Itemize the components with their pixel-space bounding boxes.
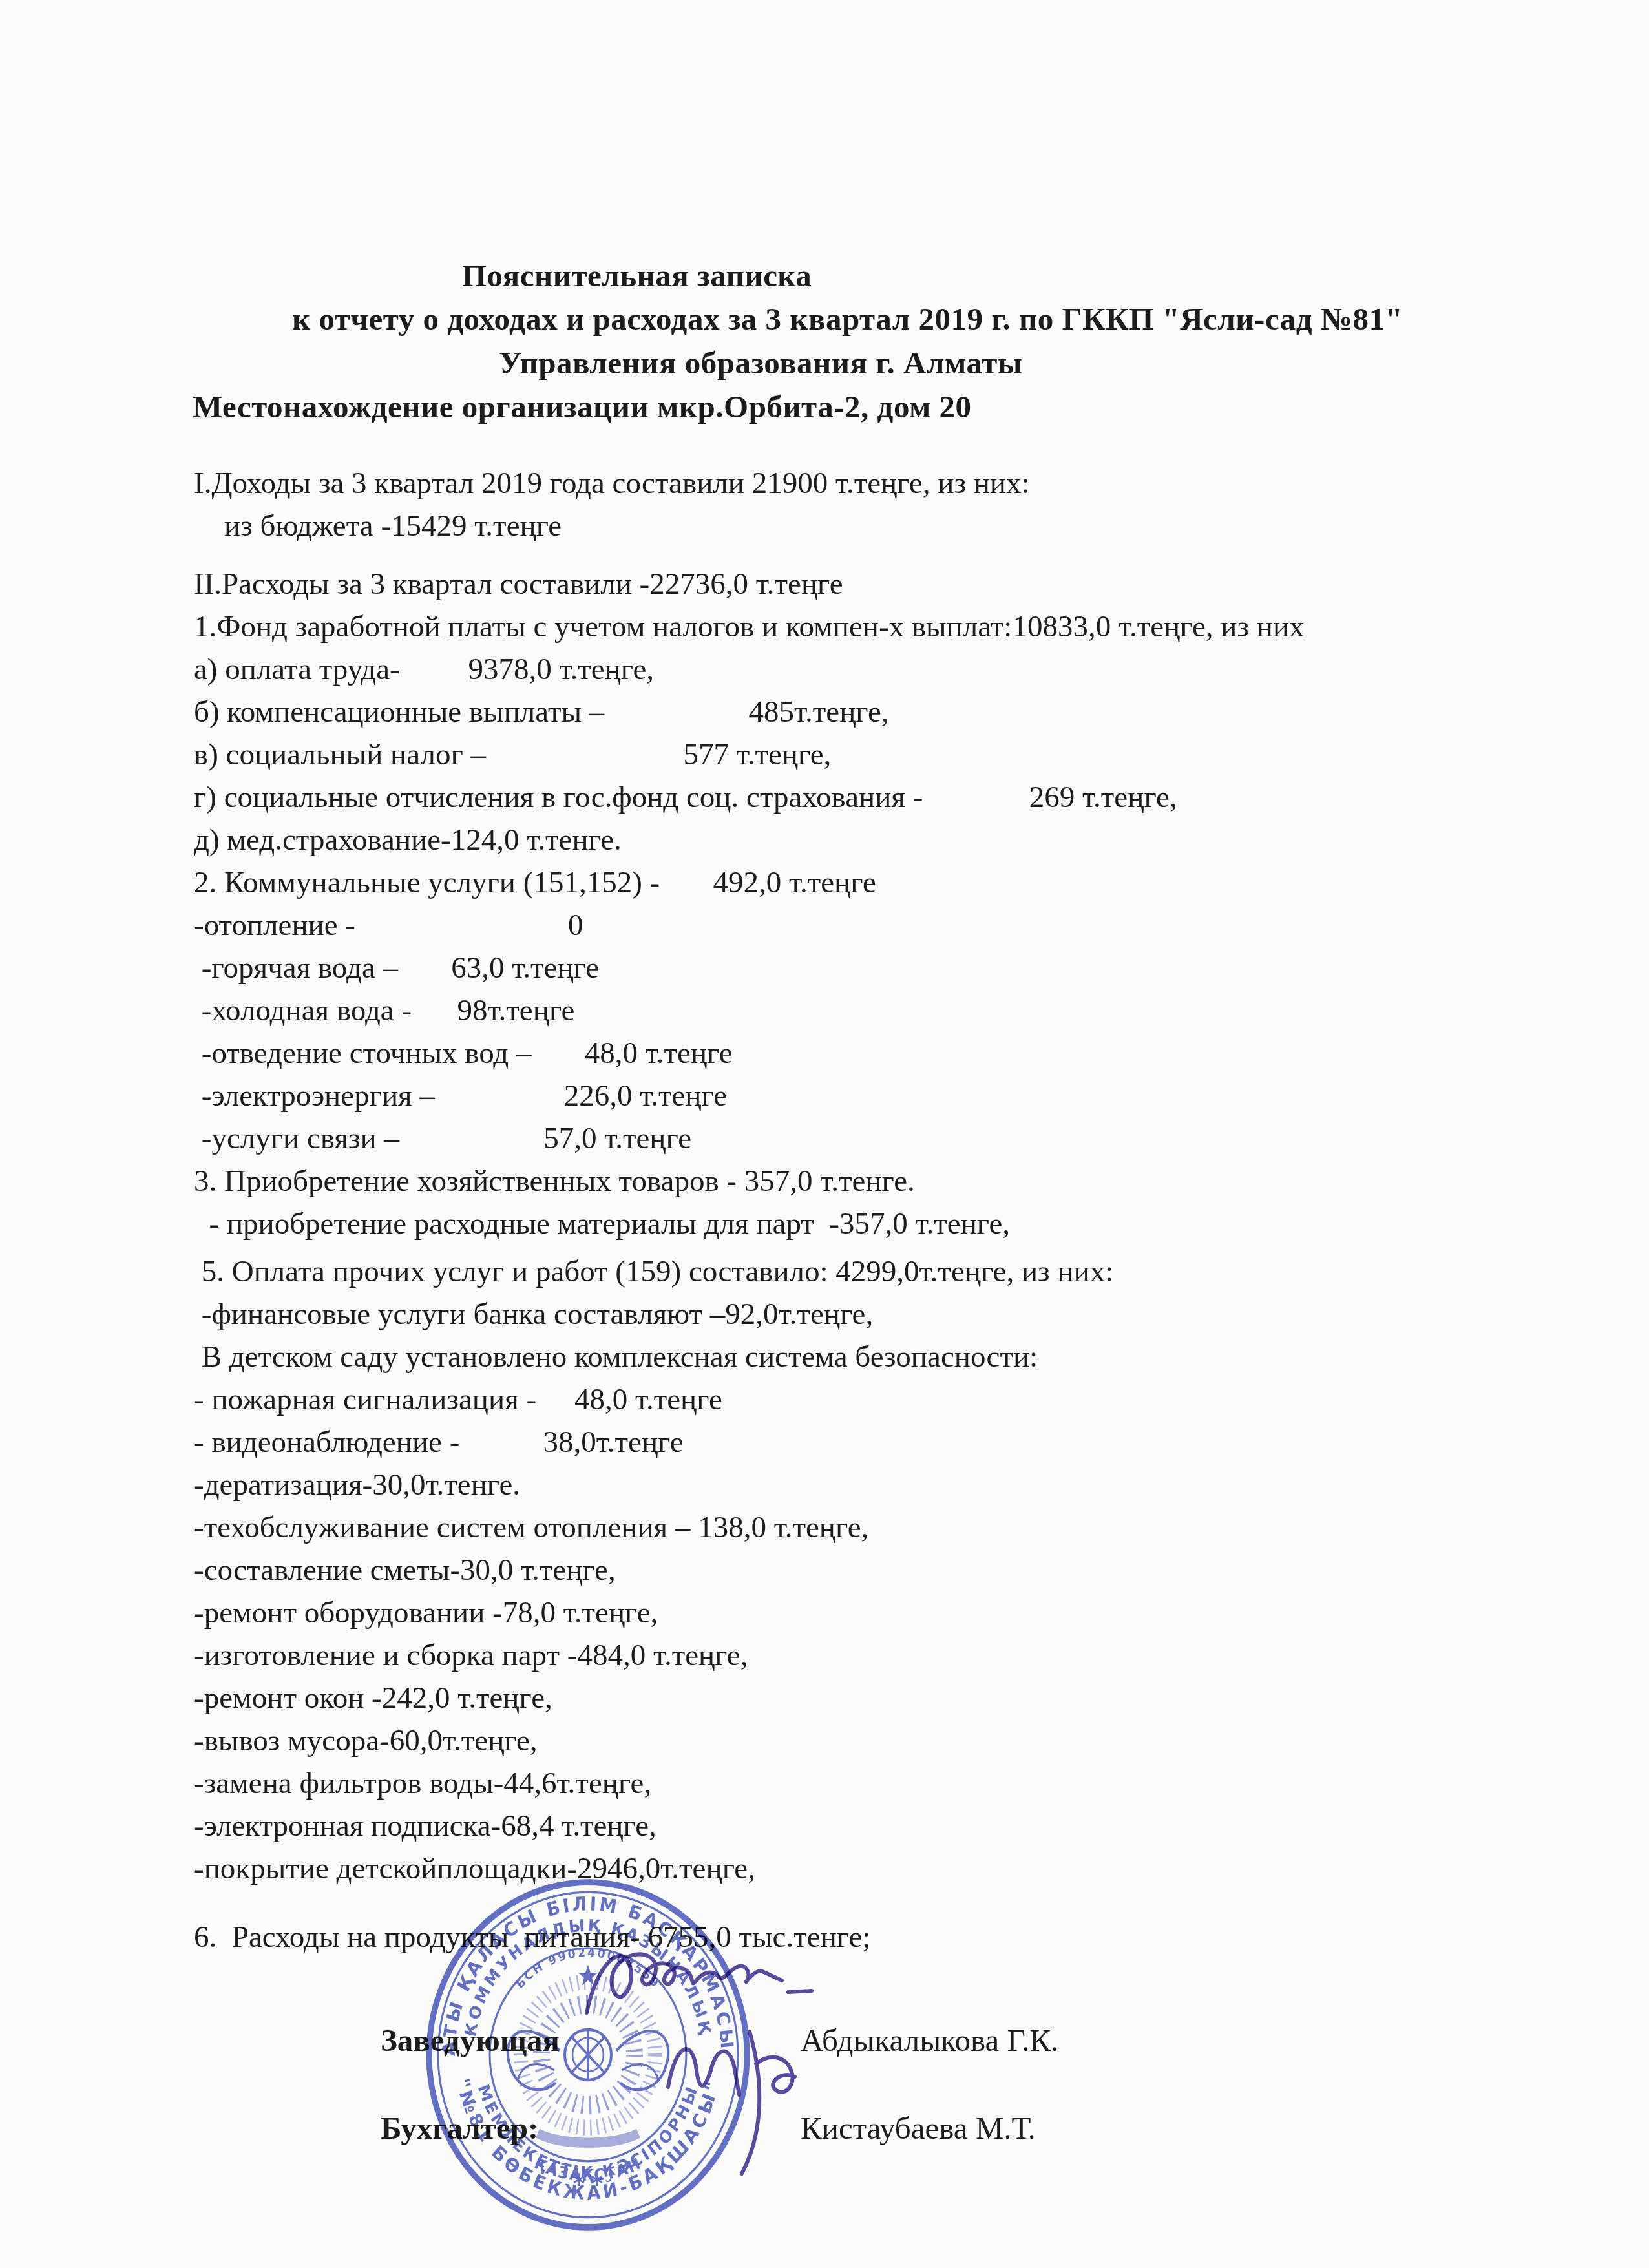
document-org-location: Местонахождение организации мкр.Орбита-2… — [193, 388, 972, 425]
document-line: 3. Приобретение хозяйственных товаров - … — [194, 1160, 1518, 1202]
document-line: б) компенсационные выплаты – 485т.теңге, — [194, 691, 1518, 733]
document-line: -отопление - 0 — [194, 904, 1518, 947]
document-line: д) мед.страхование-124,0 т.тенге. — [194, 819, 1518, 861]
document-body-lines: I.Доходы за 3 квартал 2019 года составил… — [194, 462, 1518, 1958]
document-line: -дератизация-30,0т.тенге. — [194, 1464, 1518, 1506]
document-line: г) социальные отчисления в гос.фонд соц.… — [194, 776, 1518, 819]
document-line: а) оплата труда- 9378,0 т.теңге, — [194, 648, 1518, 691]
document-line: 1.Фонд заработной платы с учетом налогов… — [194, 605, 1518, 648]
document-line: 6. Расходы на продукты питания- 6755,0 т… — [194, 1916, 1518, 1958]
document-line: - пожарная сигнализация - 48,0 т.теңге — [194, 1378, 1518, 1421]
document-line: -электронная подписка-68,4 т.теңге, — [194, 1805, 1518, 1847]
document-line: -вывоз мусора-60,0т.теңге, — [194, 1719, 1518, 1762]
document-line: -электроэнергия – 226,0 т.теңге — [194, 1075, 1518, 1117]
document-line: из бюджета -15429 т.теңге — [194, 505, 1518, 547]
document-line: -ремонт оборудовании -78,0 т.теңге, — [194, 1591, 1518, 1634]
document-line: - видеонаблюдение - 38,0т.теңге — [194, 1421, 1518, 1464]
document-subtitle-report: к отчету о доходах и расходах за 3 кварт… — [292, 300, 1403, 337]
document-line: в) социальный налог – 577 т.теңге, — [194, 733, 1518, 776]
document-line: -холодная вода - 98т.теңге — [194, 989, 1518, 1032]
document-line: -техобслуживание систем отопления – 138,… — [194, 1506, 1518, 1549]
document-line: -покрытие детскойплощадки-2946,0т.теңге, — [194, 1847, 1518, 1890]
document-line: -отведение сточных вод – 48,0 т.теңге — [194, 1032, 1518, 1075]
document-line: -составление сметы-30,0 т.теңге, — [194, 1549, 1518, 1591]
document-line: II.Расходы за 3 квартал составили -22736… — [194, 563, 1518, 605]
document-subtitle-department: Управления образования г. Алматы — [499, 344, 1023, 381]
document-line: -изготовление и сборка парт -484,0 т.тең… — [194, 1634, 1518, 1677]
document-line: -финансовые услуги банка составляют –92,… — [194, 1293, 1518, 1336]
document-line: В детском саду установлено комплексная с… — [194, 1336, 1518, 1378]
document-line: - приобретение расходные материалы для п… — [194, 1202, 1518, 1245]
document-line: -услуги связи – 57,0 т.теңге — [194, 1117, 1518, 1160]
accountant-signature — [653, 2016, 846, 2184]
document-title: Пояснительная записка — [462, 257, 812, 294]
document-line: 2. Коммунальные услуги (151,152) - 492,0… — [194, 861, 1518, 904]
scanned-document-page: Пояснительная записка к отчету о доходах… — [0, 0, 1649, 2268]
document-line: 5. Оплата прочих услуг и работ (159) сос… — [194, 1250, 1518, 1293]
document-line: I.Доходы за 3 квартал 2019 года составил… — [194, 462, 1518, 505]
document-line: -горячая вода – 63,0 т.теңге — [194, 947, 1518, 989]
document-line: -ремонт окон -242,0 т.теңге, — [194, 1677, 1518, 1719]
document-line: -замена фильтров воды-44,6т.теңге, — [194, 1762, 1518, 1805]
